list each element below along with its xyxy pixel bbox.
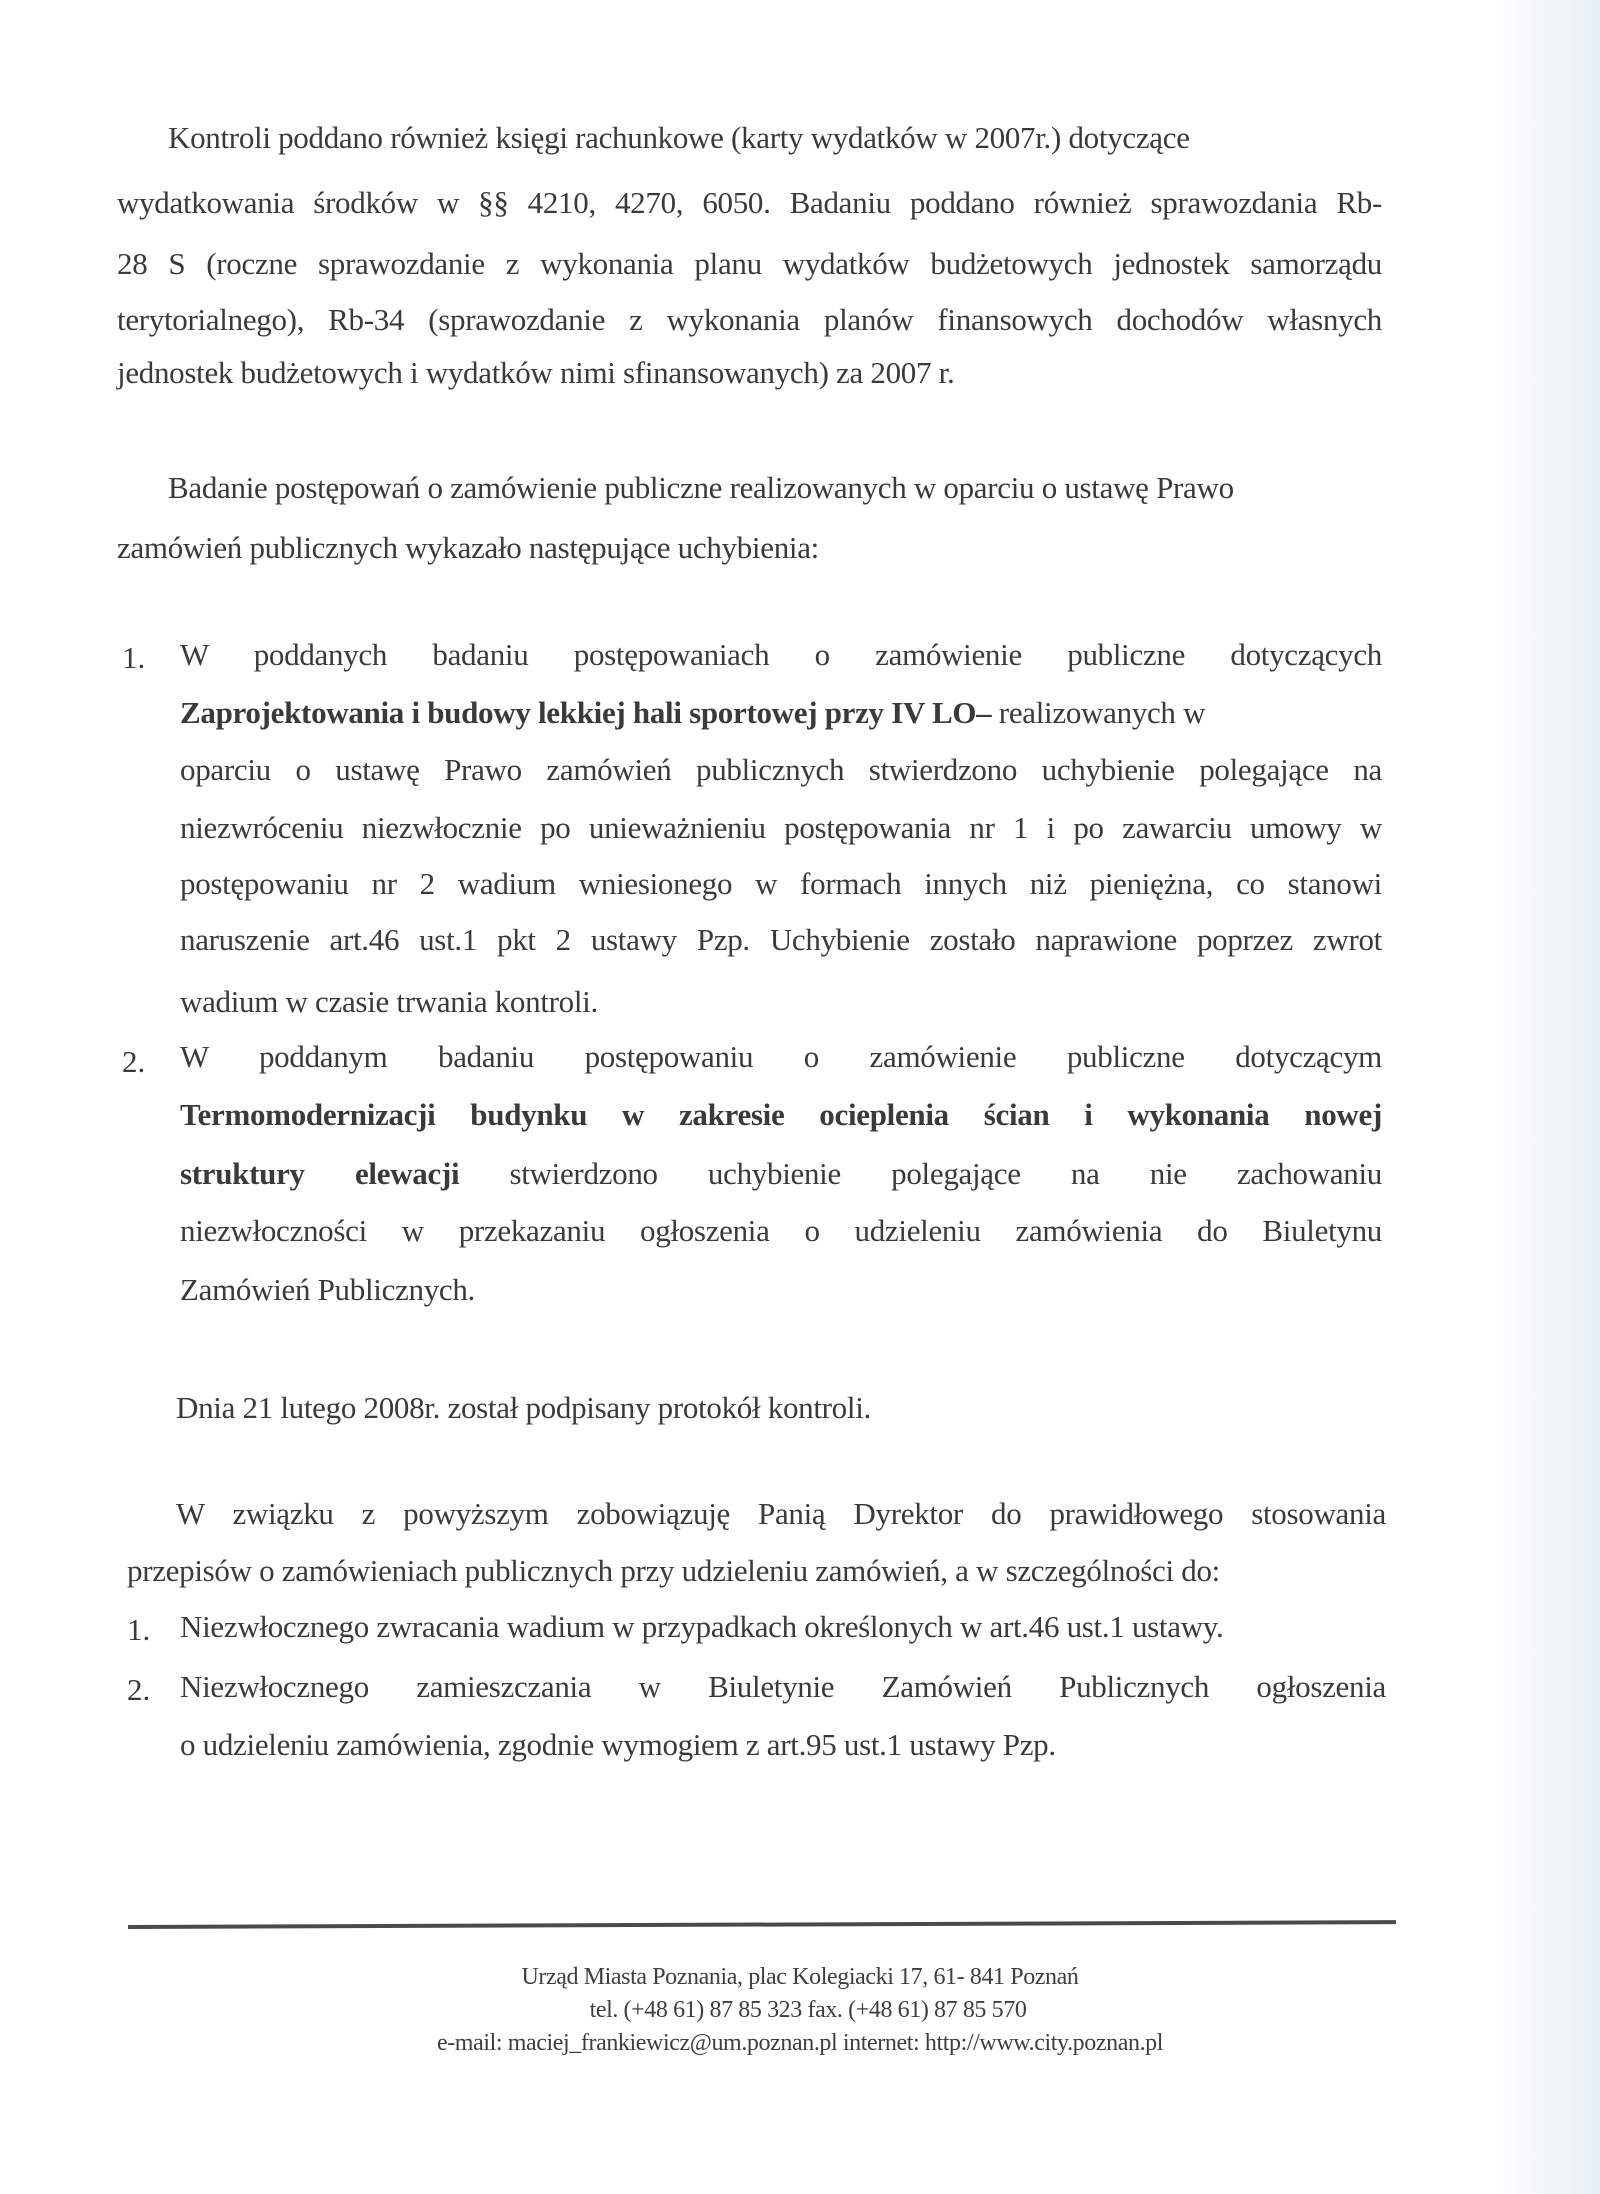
project-name-bold: struktury elewacji (180, 1156, 459, 1191)
footer-address: Urząd Miasta Poznania, plac Kolegiacki 1… (0, 1962, 1600, 1992)
text-line: niezwróceniu niezwłocznie po unieważnien… (180, 808, 1382, 848)
text-line: zamówień publicznych wykazało następując… (117, 528, 819, 568)
text-span: realizowanych w (991, 695, 1205, 730)
text-line: oparciu o ustawę Prawo zamówień publiczn… (180, 750, 1382, 790)
text-line: o udzieleniu zamówienia, zgodnie wymogie… (180, 1725, 1056, 1765)
text-line: wydatkowania środków w §§ 4210, 4270, 60… (117, 183, 1382, 223)
text-line: W poddanych badaniu postępowaniach o zam… (180, 635, 1382, 675)
text-line: 28 S (roczne sprawozdanie z wykonania pl… (117, 244, 1382, 284)
list-number: 1. (122, 638, 145, 678)
text-line: W poddanym badaniu postępowaniu o zamówi… (180, 1037, 1382, 1077)
text-line: Badanie postępowań o zamówienie publiczn… (168, 468, 1234, 508)
text-span: stwierdzono uchybienie polegające na nie… (459, 1156, 1382, 1191)
list-number: 2. (122, 1042, 145, 1082)
text-line: Niezwłocznego zamieszczania w Biuletynie… (180, 1667, 1386, 1707)
paragraph-protocol-signed: Dnia 21 lutego 2008r. został podpisany p… (176, 1388, 871, 1428)
text-line: W związku z powyższym zobowiązuję Panią … (176, 1494, 1386, 1534)
project-name-bold: Zaprojektowania i budowy lekkiej hali sp… (180, 695, 991, 730)
scan-edge-shadow (1490, 0, 1600, 2194)
list-number: 1. (127, 1610, 150, 1650)
text-line: postępowaniu nr 2 wadium wniesionego w f… (180, 864, 1382, 904)
footer-email-web: e-mail: maciej_frankiewicz@um.poznan.pl … (0, 2028, 1600, 2058)
text-line: Zaprojektowania i budowy lekkiej hali sp… (180, 693, 1205, 733)
text-line: struktury elewacji stwierdzono uchybieni… (180, 1154, 1382, 1194)
text-line: wadium w czasie trwania kontroli. (180, 982, 598, 1022)
text-line: terytorialnego), Rb-34 (sprawozdanie z w… (117, 300, 1382, 340)
text-line: naruszenie art.46 ust.1 pkt 2 ustawy Pzp… (180, 920, 1382, 960)
text-line: przepisów o zamówieniach publicznych prz… (127, 1551, 1220, 1591)
project-name-bold: Termomodernizacji budynku w zakresie oci… (180, 1095, 1382, 1135)
list-number: 2. (127, 1670, 150, 1710)
text-line: Kontroli poddano również księgi rachunko… (168, 118, 1190, 158)
text-line: jednostek budżetowych i wydatków nimi sf… (117, 353, 954, 393)
text-line: niezwłoczności w przekazaniu ogłoszenia … (180, 1211, 1382, 1251)
text-line: Zamówień Publicznych. (180, 1270, 475, 1310)
text-line: Niezwłocznego zwracania wadium w przypad… (180, 1607, 1223, 1647)
footer-phone-fax: tel. (+48 61) 87 85 323 fax. (+48 61) 87… (0, 1995, 1600, 2025)
footer-divider (128, 1920, 1396, 1929)
